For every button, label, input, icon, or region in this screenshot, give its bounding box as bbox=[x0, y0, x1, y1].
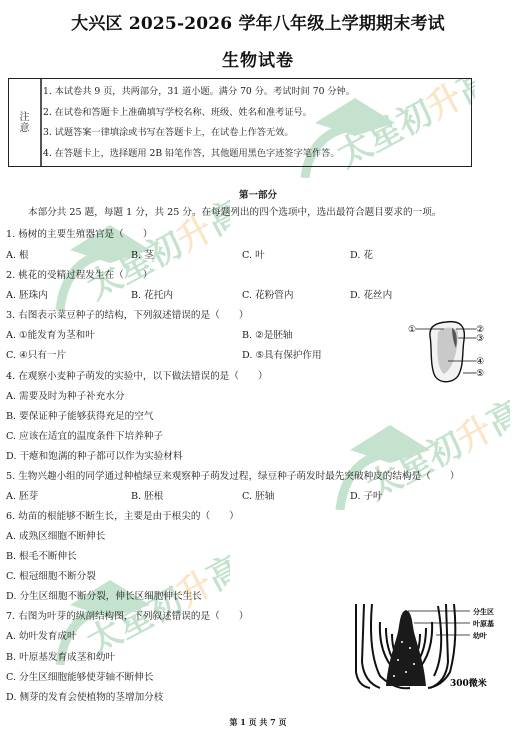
question-4-option-b: B. 要保证种子能够获得充足的空气 bbox=[6, 411, 153, 423]
exam-page: 太星初升高 太星初升高 太星初升高 太星初升高 大兴区 2025-2026 学年… bbox=[0, 0, 516, 730]
question-6-option-a: A. 成熟区细胞不断伸长 bbox=[6, 531, 105, 543]
question-4-option-c: C. 应该在适宜的温度条件下培养种子 bbox=[6, 431, 163, 443]
question-5-option-b: B. 胚根 bbox=[131, 491, 163, 503]
section-instruction: 本部分共 25 题，每题 1 分，共 25 分。在每题列出的四个选项中，选出最符… bbox=[28, 207, 441, 219]
seed-label-1: ① bbox=[408, 325, 416, 335]
question-5-option-c: C. 胚轴 bbox=[242, 491, 274, 503]
page-footer: 第 1 页 共 7 页 bbox=[0, 717, 516, 728]
seed-label-4: ④ bbox=[476, 357, 484, 367]
question-1-option-d: D. 花 bbox=[350, 250, 373, 262]
question-6-option-b: B. 根毛不断伸长 bbox=[6, 551, 77, 563]
question-2-option-a: A. 胚珠内 bbox=[6, 290, 48, 302]
question-4-stem: 4. 在观察小麦种子萌发的实验中，以下做法错误的是（ ） bbox=[6, 371, 268, 383]
question-5-option-a: A. 胚芽 bbox=[6, 491, 38, 503]
question-6-option-c: C. 根冠细胞不断分裂 bbox=[6, 571, 96, 583]
question-1-stem: 1. 杨树的主要生殖器官是（ ） bbox=[6, 229, 153, 241]
question-7-option-b: B. 叶原基发育成茎和幼叶 bbox=[6, 652, 115, 664]
leaf-bud-diagram: 分生区 叶原基 幼叶 300微米 bbox=[350, 602, 510, 690]
seed-label-3: ③ bbox=[476, 334, 484, 344]
notice-label: 注 意 bbox=[9, 79, 42, 166]
question-7-option-a: A. 幼叶发育成叶 bbox=[6, 631, 77, 643]
question-1-option-b: B. 茎 bbox=[131, 250, 154, 262]
question-2-option-b: B. 花托内 bbox=[131, 290, 173, 302]
notice-box: 注 意 1. 本试卷共 9 页，共两部分，31 道小题。满分 70 分。考试时间… bbox=[8, 78, 472, 167]
bean-seed-diagram: ① ② ③ ④ ⑤ bbox=[408, 318, 488, 386]
bud-label-meristem: 分生区 bbox=[472, 607, 494, 616]
question-2-option-c: C. 花粉管内 bbox=[242, 290, 293, 302]
bud-scale-label: 300微米 bbox=[450, 677, 487, 689]
svg-text:太星初升高: 太星初升高 bbox=[80, 555, 230, 663]
question-3-option-c: C. ④只有一片 bbox=[6, 350, 66, 362]
notice-items: 1. 本试卷共 9 页，共两部分，31 道小题。满分 70 分。考试时间 70 … bbox=[42, 79, 471, 166]
question-7-stem: 7. 右图为叶芽的纵剖结构图，下列叙述错误的是（ ） bbox=[6, 611, 248, 623]
question-4-option-a: A. 需要及时为种子补充水分 bbox=[6, 391, 125, 403]
bud-label-young-leaf: 幼叶 bbox=[473, 631, 488, 640]
question-2-option-d: D. 花丝内 bbox=[350, 290, 392, 302]
question-6-stem: 6. 幼苗的根能够不断生长，主要是由于根尖的（ ） bbox=[6, 511, 239, 523]
question-7-option-c: C. 分生区细胞能够使芽轴不断伸长 bbox=[6, 672, 153, 684]
question-5-option-d: D. 子叶 bbox=[350, 491, 383, 503]
notice-item: 1. 本试卷共 9 页，共两部分，31 道小题。满分 70 分。考试时间 70 … bbox=[43, 82, 471, 103]
question-7-option-d: D. 侧芽的发育会使植物的茎增加分枝 bbox=[6, 692, 163, 704]
question-2-stem: 2. 桃花的受精过程发生在（ ） bbox=[6, 270, 153, 282]
notice-item: 2. 在试卷和答题卡上准确填写学校名称、班级、姓名和准考证号。 bbox=[43, 103, 471, 124]
notice-item: 3. 试题答案一律填涂或书写在答题卡上，在试卷上作答无效。 bbox=[43, 123, 471, 144]
question-6-option-d: D. 分生区细胞不断分裂，伸长区细胞伸长生长 bbox=[6, 591, 202, 603]
question-3-option-b: B. ②是胚轴 bbox=[242, 330, 293, 342]
exam-title: 大兴区 2025-2026 学年八年级上学期期末考试 bbox=[0, 9, 516, 34]
bud-label-leaf-primordium: 叶原基 bbox=[473, 619, 494, 628]
watermark-logo-middle-right: 太星初升高 bbox=[320, 400, 510, 510]
notice-label-char-2: 意 bbox=[19, 123, 30, 134]
notice-label-char-1: 注 bbox=[19, 112, 30, 123]
section-title: 第一部分 bbox=[0, 187, 516, 201]
question-3-stem: 3. 右图表示菜豆种子的结构，下列叙述错误的是（ ） bbox=[6, 310, 248, 322]
question-4-option-d: D. 干瘪和饱满的种子都可以作为实验材料 bbox=[6, 451, 183, 463]
question-3-option-d: D. ⑤具有保护作用 bbox=[242, 350, 322, 362]
question-1-option-a: A. 根 bbox=[6, 250, 29, 262]
seed-label-5: ⑤ bbox=[476, 369, 484, 379]
question-3-option-a: A. ①能发育为茎和叶 bbox=[6, 330, 95, 342]
question-1-option-c: C. 叶 bbox=[242, 250, 265, 262]
question-5-stem: 5. 生物兴趣小组的同学通过种植绿豆来观察种子萌发过程，绿豆种子萌发时最先突破种… bbox=[6, 471, 460, 483]
exam-subtitle: 生物试卷 bbox=[0, 46, 516, 71]
notice-item: 4. 在答题卡上，选择题用 2B 铅笔作答，其他题用黑色字迹签字笔作答。 bbox=[43, 144, 471, 165]
